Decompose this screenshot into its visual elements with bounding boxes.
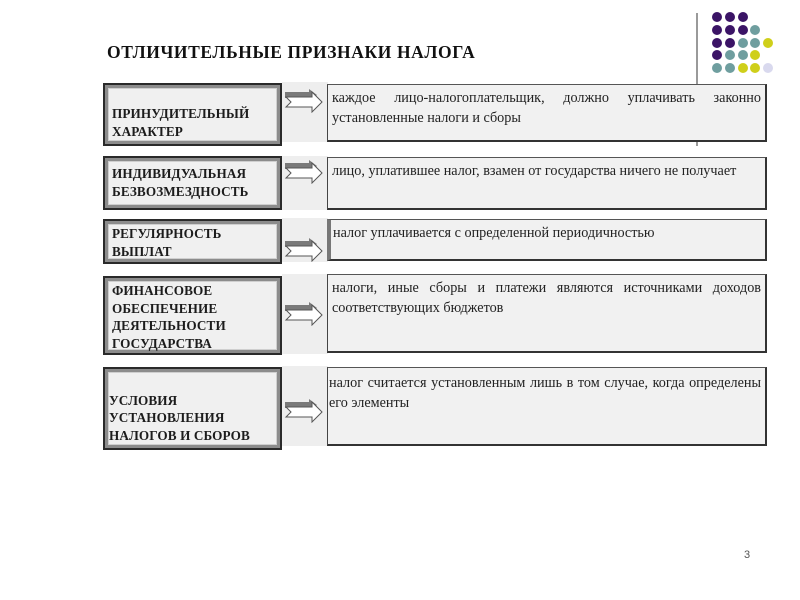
decorative-dot xyxy=(725,25,735,35)
feature-name-line: ГОСУДАРСТВА xyxy=(112,335,274,353)
feature-name-line: ОБЕСПЕЧЕНИЕ xyxy=(112,300,274,318)
feature-name-line: ДЕЯТЕЛЬНОСТИ xyxy=(112,317,274,335)
feature-description-box: налог считается установленным лишь в том… xyxy=(327,367,767,446)
decorative-dot xyxy=(725,12,735,22)
feature-name-box: ФИНАНСОВОЕ ОБЕСПЕЧЕНИЕ ДЕЯТЕЛЬНОСТИ ГОСУ… xyxy=(103,276,282,355)
feature-description: налог уплачивается с определенной период… xyxy=(333,225,654,241)
feature-name-line: БЕЗВОЗМЕЗДНОСТЬ xyxy=(112,183,274,201)
feature-name-line: ФИНАНСОВОЕ xyxy=(112,282,274,300)
feature-description: каждое лицо-налогоплательщик, должно упл… xyxy=(332,90,761,126)
decorative-dot xyxy=(750,38,760,48)
feature-description: лицо, уплатившее налог, взамен от госуда… xyxy=(332,163,736,179)
decorative-dot xyxy=(712,63,722,73)
feature-name-line: УСТАНОВЛЕНИЯ xyxy=(109,409,274,427)
double-right-arrow-icon xyxy=(283,89,325,113)
double-right-arrow-icon xyxy=(283,399,325,423)
feature-name-line: ПРИНУДИТЕЛЬНЫЙ xyxy=(112,105,274,123)
feature-description-box: налог уплачивается с определенной период… xyxy=(327,219,767,261)
decorative-dot xyxy=(738,25,748,35)
feature-description-box: лицо, уплатившее налог, взамен от госуда… xyxy=(327,157,767,210)
decorative-dot xyxy=(738,38,748,48)
decorative-dot xyxy=(763,38,773,48)
feature-description-box: налоги, иные сборы и платежи являются ис… xyxy=(327,274,767,353)
decorative-dot xyxy=(750,25,760,35)
feature-description: налоги, иные сборы и платежи являются ис… xyxy=(332,280,761,316)
feature-name-box: РЕГУЛЯРНОСТЬ ВЫПЛАТ xyxy=(103,219,282,264)
feature-name-box: ИНДИВИДУАЛЬНАЯ БЕЗВОЗМЕЗДНОСТЬ xyxy=(103,156,282,210)
decorative-dot xyxy=(712,38,722,48)
feature-name-line: РЕГУЛЯРНОСТЬ xyxy=(112,225,274,243)
decorative-dot xyxy=(712,12,722,22)
feature-name-box: ПРИНУДИТЕЛЬНЫЙ ХАРАКТЕР xyxy=(103,83,282,146)
decorative-dot xyxy=(738,63,748,73)
feature-description: налог считается установленным лишь в том… xyxy=(329,375,761,411)
decorative-dot xyxy=(750,50,760,60)
decorative-dot xyxy=(725,63,735,73)
decorative-dot xyxy=(750,63,760,73)
decorative-dot xyxy=(738,12,748,22)
decorative-dot xyxy=(712,50,722,60)
decorative-dot xyxy=(712,25,722,35)
double-right-arrow-icon xyxy=(283,160,325,184)
feature-name-line: ХАРАКТЕР xyxy=(112,123,274,141)
feature-name-box: УСЛОВИЯ УСТАНОВЛЕНИЯ НАЛОГОВ И СБОРОВ xyxy=(103,367,282,450)
decorative-dot xyxy=(725,50,735,60)
feature-description-box: каждое лицо-налогоплательщик, должно упл… xyxy=(327,84,767,142)
slide-title: ОТЛИЧИТЕЛЬНЫЕ ПРИЗНАКИ НАЛОГА xyxy=(107,42,475,63)
decorative-dot-grid xyxy=(712,12,787,82)
decorative-dot xyxy=(763,63,773,73)
page-number: 3 xyxy=(744,549,750,561)
decorative-dot xyxy=(738,50,748,60)
double-right-arrow-icon xyxy=(283,238,325,262)
feature-name-line: ВЫПЛАТ xyxy=(112,243,274,261)
decorative-dot xyxy=(725,38,735,48)
feature-name-line: ИНДИВИДУАЛЬНАЯ xyxy=(112,165,274,183)
double-right-arrow-icon xyxy=(283,302,325,326)
feature-name-line: НАЛОГОВ И СБОРОВ xyxy=(109,427,274,445)
feature-name-line: УСЛОВИЯ xyxy=(109,392,274,410)
